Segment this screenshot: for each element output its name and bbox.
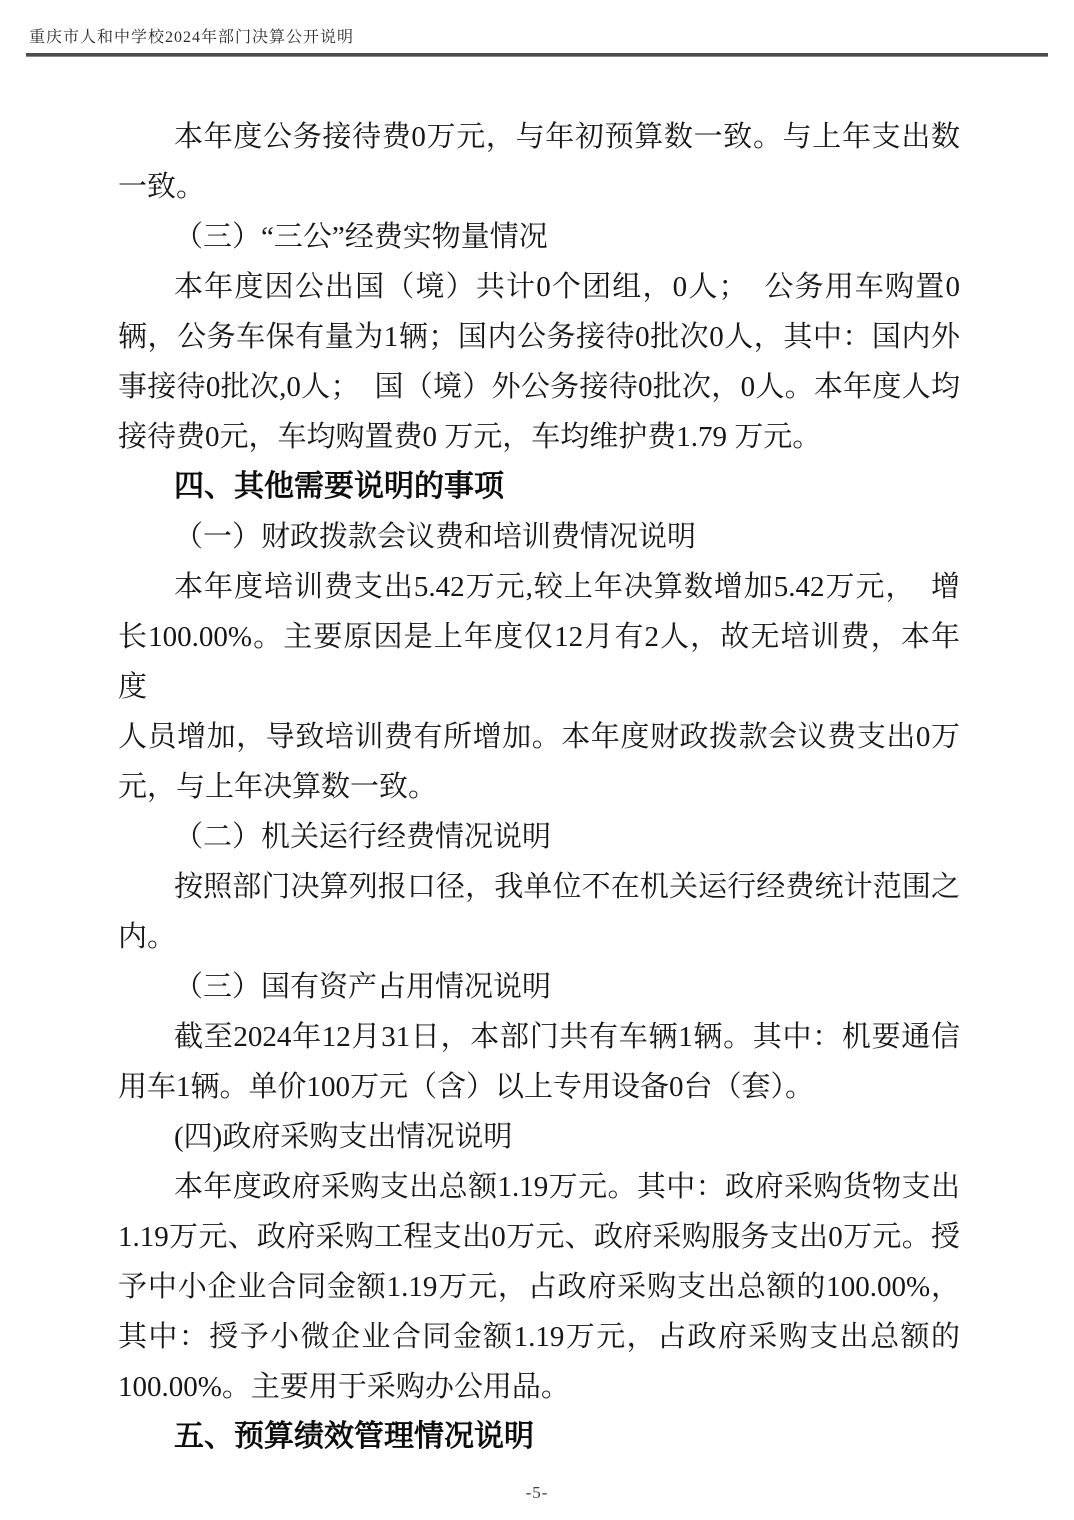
text-line: 100.00%。主要用于采购办公用品。 — [118, 1362, 960, 1412]
document-page: 重庆市人和中学校2024年部门决算公开说明 本年度公务接待费0万元，与年初预算数… — [0, 0, 1074, 1520]
text-line: 接待费0元，车均购置费0 万元，车均维护费1.79 万元。 — [118, 412, 960, 462]
document-body: 本年度公务接待费0万元，与年初预算数一致。与上年支出数 一致。 （三）“三公”经… — [118, 112, 960, 1462]
text-line: 按照部门决算列报口径，我单位不在机关运行经费统计范围之 — [118, 862, 960, 912]
text-line: 长100.00%。主要原因是上年度仅12月有2人，故无培训费，本年度 — [118, 612, 960, 712]
section-heading: 四、其他需要说明的事项 — [118, 462, 960, 512]
header-rule — [26, 53, 1048, 57]
text-line: 截至2024年12月31日，本部门共有车辆1辆。其中：机要通信 — [118, 1012, 960, 1062]
text-line: 事接待0批次,0人； 国（境）外公务接待0批次，0人。本年度人均 — [118, 362, 960, 412]
section-heading: 五、预算绩效管理情况说明 — [118, 1412, 960, 1462]
text-line: 本年度培训费支出5.42万元,较上年决算数增加5.42万元， 增 — [118, 562, 960, 612]
text-line: 其中：授予小微企业合同金额1.19万元，占政府采购支出总额的 — [118, 1312, 960, 1362]
section-subheading: （一）财政拨款会议费和培训费情况说明 — [118, 512, 960, 562]
text-line: 用车1辆。单价100万元（含）以上专用设备0台（套）。 — [118, 1062, 960, 1112]
page-number: -5- — [526, 1483, 549, 1502]
text-line: 本年度公务接待费0万元，与年初预算数一致。与上年支出数 — [118, 112, 960, 162]
section-subheading: （三）国有资产占用情况说明 — [118, 962, 960, 1012]
text-line: 元，与上年决算数一致。 — [118, 762, 960, 812]
section-subheading: （二）机关运行经费情况说明 — [118, 812, 960, 862]
page-header: 重庆市人和中学校2024年部门决算公开说明 — [26, 28, 1048, 57]
text-line: 本年度政府采购支出总额1.19万元。其中：政府采购货物支出 — [118, 1162, 960, 1212]
text-line: 1.19万元、政府采购工程支出0万元、政府采购服务支出0万元。授 — [118, 1212, 960, 1262]
text-line: 内。 — [118, 912, 960, 962]
text-line: 人员增加，导致培训费有所增加。本年度财政拨款会议费支出0万 — [118, 712, 960, 762]
section-subheading: （三）“三公”经费实物量情况 — [118, 212, 960, 262]
section-subheading: (四)政府采购支出情况说明 — [118, 1112, 960, 1162]
text-line: 本年度因公出国（境）共计0个团组，0人； 公务用车购置0 — [118, 262, 960, 312]
page-footer: -5- — [0, 1483, 1074, 1503]
text-line: 辆，公务车保有量为1辆；国内公务接待0批次0人，其中：国内外 — [118, 312, 960, 362]
header-title: 重庆市人和中学校2024年部门决算公开说明 — [26, 28, 1048, 48]
text-line: 予中小企业合同金额1.19万元，占政府采购支出总额的100.00%， — [118, 1262, 960, 1312]
text-line: 一致。 — [118, 162, 960, 212]
